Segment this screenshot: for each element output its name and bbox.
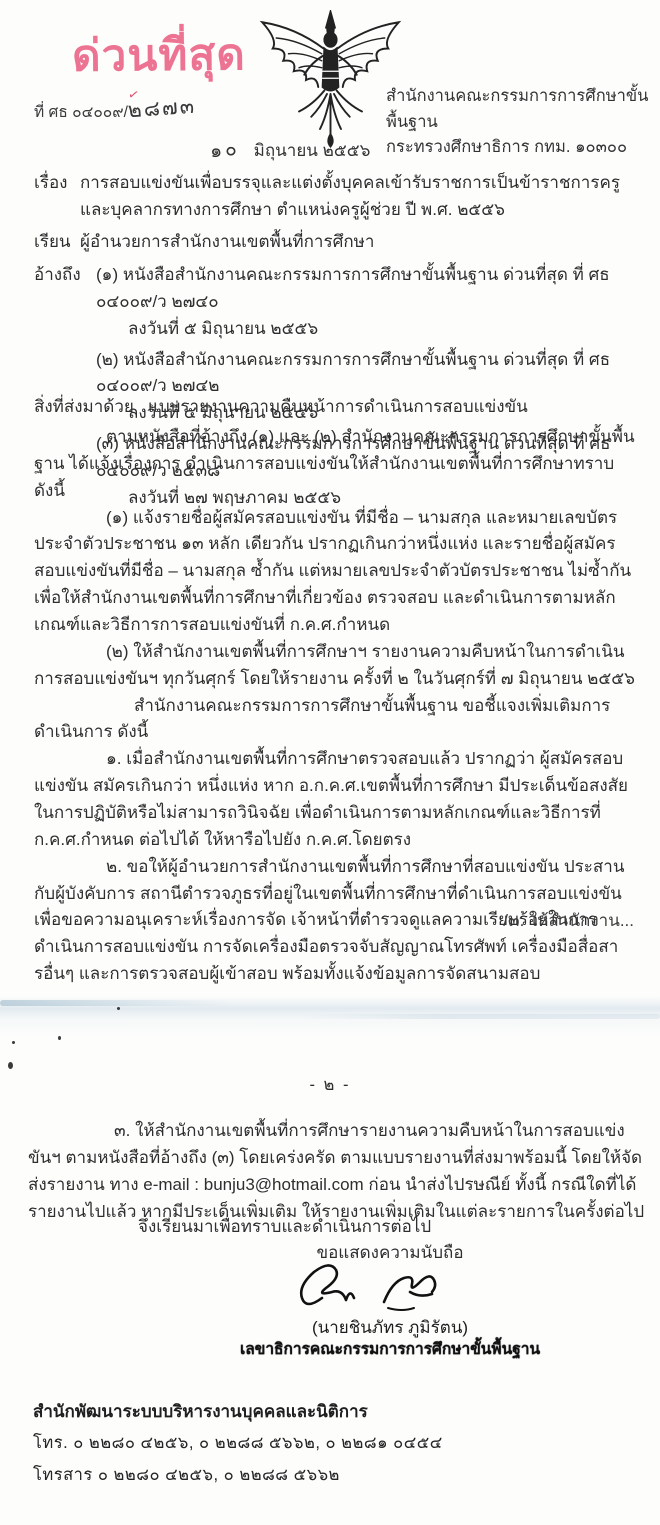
sender-address-block: สำนักงานคณะกรรมการการศึกษาขั้นพื้นฐาน กร… <box>386 84 660 161</box>
body-paragraph: สำนักงานคณะกรรมการการศึกษาขั้นพื้นฐาน ขอ… <box>34 693 638 747</box>
letter-body: ตามหนังสือที่อ้างถึง (๑) และ (๒) สำนักงา… <box>34 424 638 988</box>
enclosure-row: สิ่งที่ส่งมาด้วย แบบรายงานความคืบหน้าการ… <box>34 394 638 421</box>
sender-org-line2: กระทรวงศึกษาธิการ กทม. ๑๐๓๐๐ <box>386 135 660 161</box>
reference-prefix: ที่ ศธ ๐๔๐๐๙/ <box>34 104 128 121</box>
to-row: เรียน ผู้อำนวยการสำนักงานเขตพื้นที่การศึ… <box>34 229 638 256</box>
footer-contact-block: สำนักพัฒนาระบบบริหารงานบุคคลและนิติการ โ… <box>33 1396 443 1491</box>
body-paragraph: ๓. ให้สำนักงานเขตพื้นที่การศึกษารายงานคว… <box>28 1118 646 1225</box>
body-paragraph: (๒) ให้สำนักงานเขตพื้นที่การศึกษาฯ รายงา… <box>34 639 638 693</box>
reference-number: (๑) <box>96 265 118 284</box>
scan-streak <box>0 1000 230 1006</box>
subject-text: การสอบแข่งขันเพื่อบรรจุและแต่งตั้งบุคคลเ… <box>80 170 638 224</box>
scan-speck <box>58 1036 61 1040</box>
footer-telephone: โทร. ๐ ๒๒๘๐ ๔๒๕๖, ๐ ๒๒๘๘ ๕๖๖๒, ๐ ๒๒๘๑ ๐๔… <box>33 1428 443 1459</box>
subject-label: เรื่อง <box>34 170 80 224</box>
handwritten-date-day: ๑๐ <box>209 135 242 168</box>
subject-row: เรื่อง การสอบแข่งขันเพื่อบรรจุและแต่งตั้… <box>34 170 638 224</box>
date-month-year: มิถุนายน ๒๕๕๖ <box>254 141 371 160</box>
enclosure-text: แบบรายงานความคืบหน้าการดำเนินการสอบแข่งข… <box>148 394 528 421</box>
body-paragraph: ๑. เมื่อสำนักงานเขตพื้นที่การศึกษาตรวจสอ… <box>34 746 638 853</box>
signer-title: เลขาธิการคณะกรรมการการศึกษาขั้นพื้นฐาน <box>215 1338 565 1362</box>
sender-org-line1: สำนักงานคณะกรรมการการศึกษาขั้นพื้นฐาน <box>386 84 660 135</box>
scan-speck <box>12 1041 15 1044</box>
page-continuation-marker: /๓. ให้สำนักงาน... <box>503 908 634 935</box>
to-label: เรียน <box>34 229 80 256</box>
scan-speck <box>8 1062 13 1069</box>
reference-line1: หนังสือสำนักงานคณะกรรมการการศึกษาขั้นพื้… <box>96 350 610 396</box>
body-paragraph: (๑) แจ้งรายชื่อผู้สมัครสอบแข่งขัน ที่มีช… <box>34 505 638 639</box>
page-number: - ๒ - <box>0 1072 660 1098</box>
reference-number-line: ที่ ศธ ๐๔๐๐๙/๒๘๗๓ ✓ <box>34 94 196 127</box>
scanned-letter-page: ด่วนที่สุด ที่ ศธ ๐๔๐๐๙/๒๘๗๓ ✓ <box>0 0 660 1525</box>
footer-office-name: สำนักพัฒนาระบบบริหารงานบุคคลและนิติการ <box>33 1396 443 1428</box>
references-label: อ้างถึง <box>34 262 81 289</box>
body-paragraph: ตามหนังสือที่อ้างถึง (๑) และ (๒) สำนักงา… <box>34 424 638 505</box>
to-text: ผู้อำนวยการสำนักงานเขตพื้นที่การศึกษา <box>80 229 374 256</box>
reference-number: (๒) <box>96 350 119 369</box>
footer-fax: โทรสาร ๐ ๒๒๘๐ ๔๒๕๖, ๐ ๒๒๘๘ ๕๖๖๒ <box>33 1460 443 1491</box>
reference-line2: ลงวันที่ ๕ มิถุนายน ๒๕๕๖ <box>96 316 642 343</box>
enclosure-label: สิ่งที่ส่งมาด้วย <box>34 394 134 421</box>
letter-date: ๑๐มิถุนายน ๒๕๕๖ <box>210 136 370 166</box>
urgent-stamp: ด่วนที่สุด <box>72 33 246 79</box>
scan-streak <box>300 1014 660 1019</box>
scan-speck <box>117 1007 120 1010</box>
reference-line1: หนังสือสำนักงานคณะกรรมการการศึกษาขั้นพื้… <box>96 265 610 311</box>
reference-item: (๑) หนังสือสำนักงานคณะกรรมการการศึกษาขั้… <box>96 262 642 343</box>
closing-line: จึงเรียนมาเพื่อทราบและดำเนินการต่อไป <box>138 1214 431 1241</box>
